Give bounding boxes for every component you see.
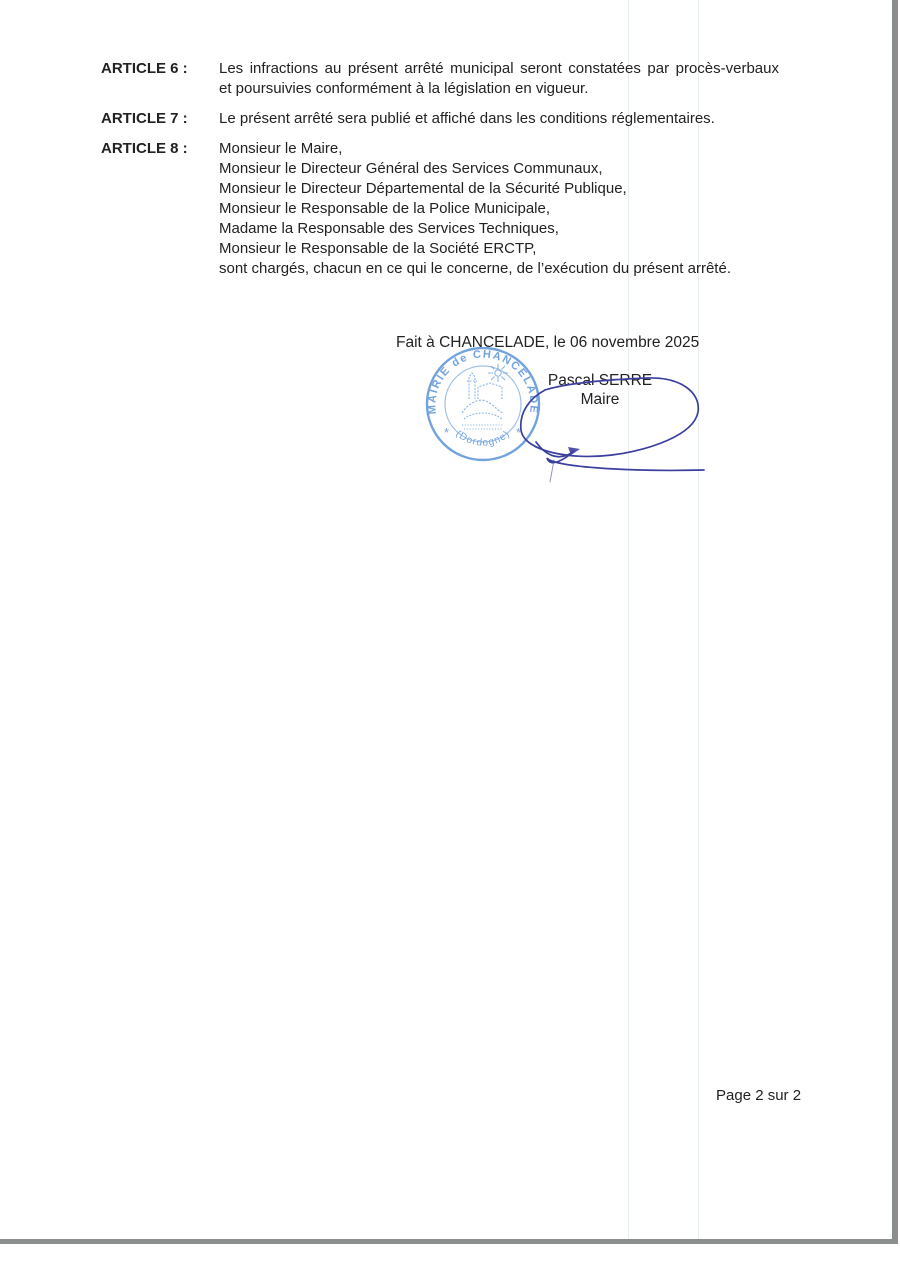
article-8-body: Monsieur le Maire, Monsieur le Directeur… — [219, 139, 779, 279]
article-7-label: ARTICLE 7 : — [101, 109, 219, 129]
article-8-line-5: Madame la Responsable des Services Techn… — [219, 219, 779, 239]
page-edge-right — [892, 0, 898, 1243]
articles-section: ARTICLE 6 : Les infractions au présent a… — [101, 59, 779, 279]
article-8: ARTICLE 8 : Monsieur le Maire, Monsieur … — [101, 139, 779, 279]
article-7-body: Le présent arrêté sera publié et affiché… — [219, 109, 779, 129]
article-7-line-1: Le présent arrêté sera publié et affiché… — [219, 109, 779, 129]
article-8-line-4: Monsieur le Responsable de la Police Mun… — [219, 199, 779, 219]
stamp-left-star: * — [444, 425, 449, 440]
article-7: ARTICLE 7 : Le présent arrêté sera publi… — [101, 109, 779, 129]
signature-stroke — [500, 358, 722, 496]
article-8-label: ARTICLE 8 : — [101, 139, 219, 159]
page-edge-bottom — [0, 1239, 898, 1244]
article-6-body: Les infractions au présent arrêté munici… — [219, 59, 779, 99]
article-8-line-3: Monsieur le Directeur Départemental de l… — [219, 179, 779, 199]
article-8-line-1: Monsieur le Maire, — [219, 139, 779, 159]
page-number: Page 2 sur 2 — [716, 1086, 801, 1106]
article-6-line-2: et poursuivies conformément à la législa… — [219, 79, 779, 99]
article-6-line-1: Les infractions au présent arrêté munici… — [219, 59, 779, 79]
article-6-label: ARTICLE 6 : — [101, 59, 219, 79]
article-6: ARTICLE 6 : Les infractions au présent a… — [101, 59, 779, 99]
article-8-line-6: Monsieur le Responsable de la Société ER… — [219, 239, 779, 259]
article-8-line-7: sont chargés, chacun en ce qui le concer… — [219, 259, 779, 279]
article-8-line-2: Monsieur le Directeur Général des Servic… — [219, 159, 779, 179]
